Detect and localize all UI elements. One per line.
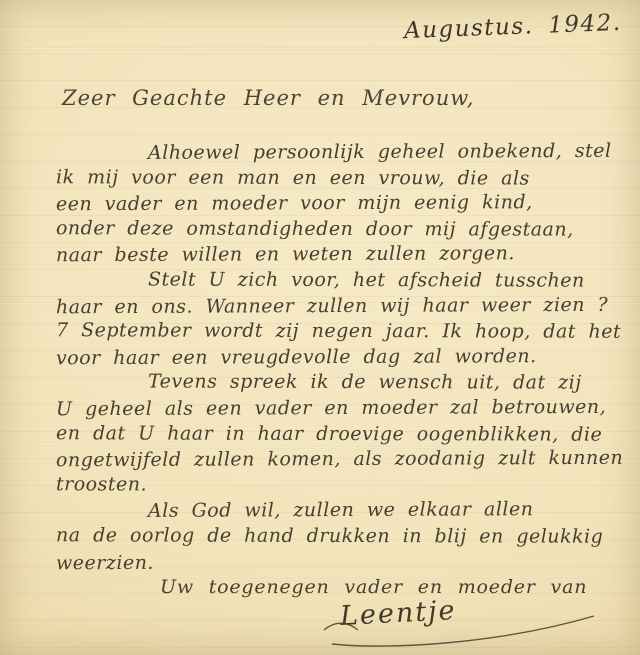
letter-page: Augustus. 1942. Zeer Geachte Heer en Mev… (0, 0, 640, 655)
letter-date: Augustus. 1942. (404, 10, 622, 44)
letter-line: een vader en moeder voor mijn eenig kind… (56, 190, 632, 218)
signature-flourish-stroke (318, 604, 608, 650)
letter-line: voor haar een vreugdevolle dag zal worde… (56, 343, 632, 371)
signature-block: Leentje (318, 598, 608, 650)
letter-line: naar beste willen en weten zullen zorgen… (56, 241, 632, 269)
letter-line: Als God wil, zullen we elkaar allen (56, 497, 632, 525)
letter-line: haar en ons. Wanneer zullen wij haar wee… (56, 292, 632, 320)
letter-line: U geheel als een vader en moeder zal bet… (56, 395, 632, 423)
letter-line: ik mij voor een man en een vrouw, die al… (56, 165, 632, 192)
letter-line: Alhoewel persoonlijk geheel onbekend, st… (56, 139, 632, 167)
letter-body: Alhoewel persoonlijk geheel onbekend, st… (56, 140, 632, 601)
letter-line: na de oorlog de hand drukken in blij en … (56, 523, 632, 550)
letter-line: en dat U haar in haar droevige oogenblik… (56, 421, 632, 448)
letter-line: Stelt U zich voor, het afscheid tusschen (56, 267, 632, 294)
letter-line: Tevens spreek ik de wensch uit, dat zij (56, 370, 632, 397)
letter-line: troosten. (56, 472, 632, 499)
letter-line: 7 September wordt zij negen jaar. Ik hoo… (56, 318, 632, 345)
letter-closing: Uw toegenegen vader en moeder van (56, 575, 632, 601)
fold-crease (0, 47, 640, 50)
letter-line: weerzien. (56, 548, 632, 576)
letter-line: onder deze omstandigheden door mij afges… (56, 216, 632, 243)
letter-salutation: Zeer Geachte Heer en Mevrouw, (62, 86, 474, 110)
letter-line: ongetwijfeld zullen komen, als zoodanig … (56, 446, 632, 474)
